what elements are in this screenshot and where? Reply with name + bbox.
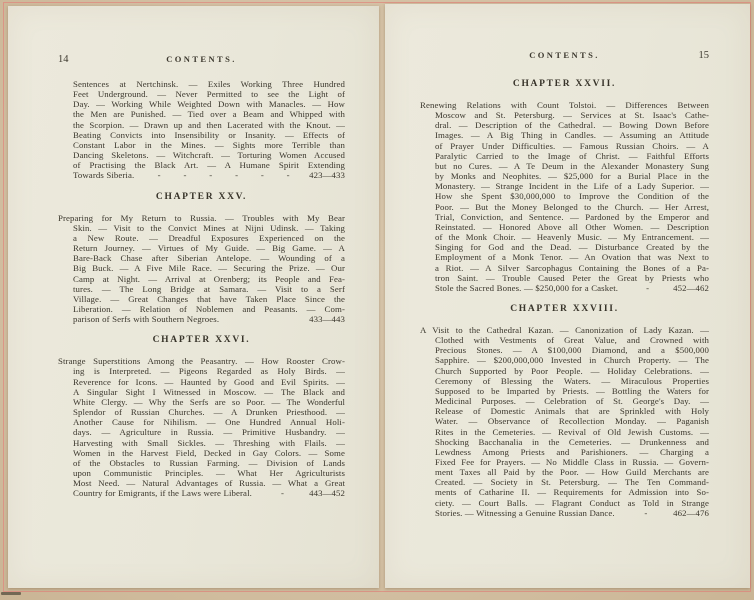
toc-line: Dancing Skeletons. — Witchcraft. — Tortu… (58, 150, 345, 160)
page-range: 452—462 (673, 283, 709, 293)
toc-line: ciety. — Court Balls. — Flagrant Conduct… (420, 498, 709, 508)
toc-line: Created. — Society in St. Petersburg. — … (420, 477, 709, 487)
running-head: CONTENTS. (166, 54, 237, 64)
toc-line: Sentences at Nertchinsk. — Exiles Workin… (58, 79, 345, 89)
page-range: 443—452 (309, 488, 345, 498)
toc-line: Moscow and St. Petersburg. — Services at… (420, 110, 709, 120)
toc-line: of the Monk Choir. — Heavenly Music. — M… (420, 232, 709, 242)
toc-line: Harvesting with Small Sickles. — Threshi… (58, 438, 345, 448)
toc-line: Splendor of Russian Churches. — A Drunke… (58, 407, 345, 417)
toc-line-text: Stole the Sacred Bones. — $250,000 for a… (435, 283, 618, 293)
toc-line: Country for Emigrants, if the Laws were … (58, 488, 345, 498)
toc-line: Reinstated. — Honored Above all Other Wo… (420, 222, 709, 232)
toc-line: days. — Agriculture in Russia. — Primiti… (58, 427, 345, 437)
toc-entry: A Visit to the Cathedral Kazan. — Canoni… (420, 325, 709, 518)
toc-line: Rites in the Cemeteries. — Revival of Ol… (420, 427, 709, 437)
toc-line: Big Buck. — A Five Mile Race. — Securing… (58, 263, 345, 273)
page-range: 433—443 (309, 314, 345, 324)
toc-entry: Strange Superstitions Among the Peasantr… (58, 356, 345, 498)
toc-line: Water. — Observance of Recollection Mond… (420, 416, 709, 426)
toc-line: A Visit to the Cathedral Kazan. — Canoni… (420, 325, 709, 335)
toc-line: the Men are Punished. — Tied over a Beam… (58, 109, 345, 119)
toc-line: Another Cause for Nihilism. — One Hundre… (58, 417, 345, 427)
toc-line: Most Need. — Natural Advantages of Russi… (58, 478, 345, 488)
toc-line: dral. — Description of the Cathedral. — … (420, 120, 709, 130)
toc-line-text: parison of Serfs with Southern Negroes. (73, 314, 219, 324)
toc-line: Employment of a Monk Tenor. — An Ovation… (420, 252, 709, 262)
toc-entry: Renewing Relations with Count Tolstoi. —… (420, 100, 709, 293)
toc-line: a New Route. — Dreadful Exposures Experi… (58, 233, 345, 243)
toc-line: Constant Labor in the Mines. — Sights mo… (58, 140, 345, 150)
page-number: 15 (699, 50, 710, 61)
toc-line: Lewdness Among Priests and Parishioners.… (420, 447, 709, 457)
toc-line: Preparing for My Return to Russia. — Tro… (58, 213, 345, 223)
left-page: 14 CONTENTS. Sentences at Nertchinsk. — … (8, 6, 379, 588)
toc-line: tron Saint. — Trouble Caused Peter the G… (420, 273, 709, 283)
chapter-heading: CHAPTER XXVIII. (420, 304, 709, 315)
toc-line-text: Towards Siberia. (73, 170, 134, 180)
toc-line: Return Journey. — Virtues of My Guide. —… (58, 243, 345, 253)
toc-line: parison of Serfs with Southern Negroes.4… (58, 314, 345, 324)
toc-line: Clothed with Vestments of Great Value, a… (420, 335, 709, 345)
toc-line: upon Communistic Principles. — What Her … (58, 468, 345, 478)
toc-line: Feet Underground. — Never Permitted to s… (58, 89, 345, 99)
toc-line: Precious Stones. — A $100,000 Diamond, a… (420, 345, 709, 355)
dash-leader: - (618, 283, 673, 293)
toc-line: Towards Siberia.------423—433 (58, 170, 345, 180)
toc-line: but no Cures. — A Te Deum in the Alexand… (420, 161, 709, 171)
toc-line: Day. — Working While Weighted Down with … (58, 99, 345, 109)
toc-entry: Sentences at Nertchinsk. — Exiles Workin… (58, 79, 345, 181)
toc-line: by Monks and Neophites. — $25,000 for a … (420, 171, 709, 181)
toc-line: Images. — A Big Thing in Candles. — Assu… (420, 130, 709, 140)
toc-line: Stories. — Witnessing a Genuine Russian … (420, 508, 709, 518)
toc-line: Sapphire. — $200,000,000 Invested in Chu… (420, 355, 709, 365)
toc-left: Sentences at Nertchinsk. — Exiles Workin… (58, 79, 345, 498)
toc-line: Release of Domestic Animals that are Spr… (420, 406, 709, 416)
running-head: CONTENTS. (529, 50, 600, 60)
toc-line: Trial, Conviction, and Sentence. — Pardo… (420, 212, 709, 222)
dash-leader: ------ (134, 170, 309, 180)
toc-line: of Prayer Under Difficulties. — Famous R… (420, 141, 709, 151)
page-range: 462—476 (673, 508, 709, 518)
chapter-heading: CHAPTER XXVI. (58, 335, 345, 346)
toc-line-text: Country for Emigrants, if the Laws were … (73, 488, 252, 498)
toc-line: Church Supported by Poor People. — Holid… (420, 366, 709, 376)
toc-line: of the Obstacles to Russian Farming. — D… (58, 458, 345, 468)
toc-line: Fixed Fee for Prayers. — No Middle Class… (420, 457, 709, 467)
toc-line: Camp at Night. — Arrival at Orenberg; it… (58, 274, 345, 284)
toc-line: ing is Interpreted. — Pigeons Regarded a… (58, 366, 345, 376)
toc-line-text: Stories. — Witnessing a Genuine Russian … (435, 508, 615, 518)
toc-line: ment Taxes all Paid by the Poor. — How G… (420, 467, 709, 477)
scan-artifact-mark (1, 592, 21, 595)
toc-line: Shocking Bacchanalia in the Cemeteries. … (420, 437, 709, 447)
toc-right: CHAPTER XXVII.Renewing Relations with Co… (420, 79, 709, 518)
dash-leader: - (252, 488, 309, 498)
scanned-book-spread: { "colors": { "backdrop": "#d5c2a6", "pa… (0, 0, 754, 600)
toc-entry: Preparing for My Return to Russia. — Tro… (58, 213, 345, 325)
toc-line: A Singular Sight I Witnessed in Moscow. … (58, 387, 345, 397)
dash-leader: - (615, 508, 673, 518)
toc-line: Monastery. — Strange Incident in the Lif… (420, 181, 709, 191)
page-range: 423—433 (309, 170, 345, 180)
toc-line: ments of Catharine II. — Requirements fo… (420, 487, 709, 497)
toc-line: Bare-Back Chase after Siberian Antelope.… (58, 253, 345, 263)
toc-line: How she Spent $30,000,000 to Improve the… (420, 191, 709, 201)
right-page-header: CONTENTS. 15 (420, 50, 709, 61)
page-number: 14 (58, 54, 69, 65)
toc-line: Beating Convicts into Insensibility or I… (58, 130, 345, 140)
toc-line: Stole the Sacred Bones. — $250,000 for a… (420, 283, 709, 293)
toc-line: Renewing Relations with Count Tolstoi. —… (420, 100, 709, 110)
toc-line: Poor. — But the Money Belonged to the Ch… (420, 202, 709, 212)
toc-line: the Scorpion. — Drawn up and then Lacera… (58, 120, 345, 130)
toc-line: Reverence for Icons. — Haunted by Good a… (58, 377, 345, 387)
toc-line: Ceremony of Blessing the Waters. — Mirac… (420, 376, 709, 386)
toc-line: Singing for God and the Dead. — Disturba… (420, 242, 709, 252)
left-page-header: 14 CONTENTS. (58, 54, 345, 65)
toc-line: Medicinal Purposes. — Celebration of St.… (420, 396, 709, 406)
chapter-heading: CHAPTER XXVII. (420, 79, 709, 90)
toc-line: tures. — The Long Bridge at Samara. — Vi… (58, 284, 345, 294)
toc-line: Strange Superstitions Among the Peasantr… (58, 356, 345, 366)
toc-line: a Riot. — A Silver Sarcophagus Containin… (420, 263, 709, 273)
toc-line: Village. — Great Changes that have Taken… (58, 294, 345, 304)
toc-line: of Practising the Black Art. — A Humane … (58, 160, 345, 170)
toc-line: Women in the Harvest Field, Decked in Ga… (58, 448, 345, 458)
right-page: CONTENTS. 15 CHAPTER XXVII.Renewing Rela… (385, 4, 750, 588)
toc-line: Supposed to be Imparted by Priests. — Bo… (420, 386, 709, 396)
toc-line: White Clergy. — Why the Serfs are so Poo… (58, 397, 345, 407)
toc-line: Paralytic Carried to the Image of Christ… (420, 151, 709, 161)
toc-line: Liberation. — Relation of Noblemen and P… (58, 304, 345, 314)
toc-line: Skin. — Visit to the Convict Mines at Ni… (58, 223, 345, 233)
chapter-heading: CHAPTER XXV. (58, 192, 345, 203)
